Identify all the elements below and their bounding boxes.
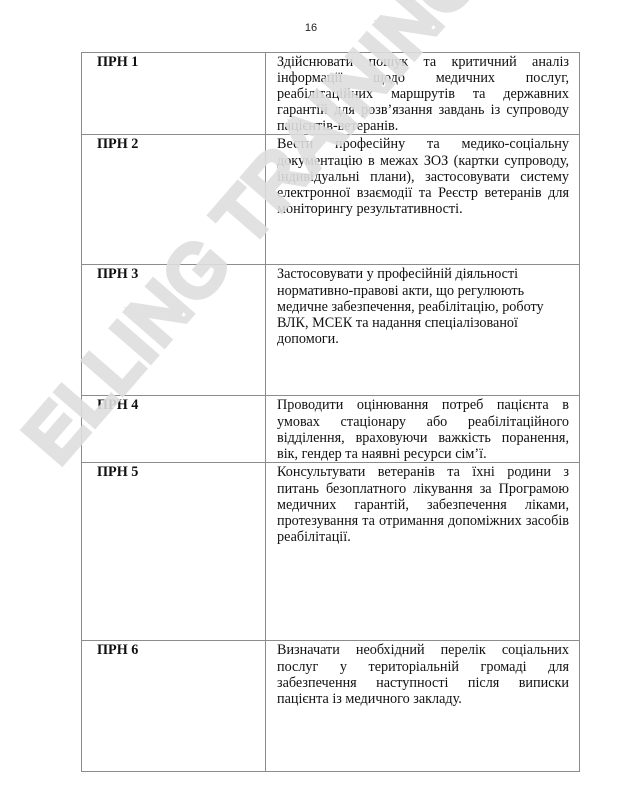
outcome-description: Вести професійну та медико-соціальну док… <box>266 135 580 265</box>
table-row: ПРН 5 Консультувати ветеранів та їхні ро… <box>82 463 580 641</box>
table-row: ПРН 6 Визначати необхідний перелік соціа… <box>82 641 580 772</box>
outcome-code: ПРН 2 <box>82 135 266 265</box>
page-number: 16 <box>0 22 618 34</box>
table-row: ПРН 1 Здійснювати пошук та критичний ана… <box>82 53 580 135</box>
outcome-code: ПРН 4 <box>82 396 266 463</box>
outcome-code: ПРН 1 <box>82 53 266 135</box>
table-row: ПРН 3 Застосовувати у професійній діяльн… <box>82 265 580 396</box>
outcome-description: Консультувати ветеранів та їхні родини з… <box>266 463 580 641</box>
outcome-code: ПРН 6 <box>82 641 266 772</box>
outcome-description: Визначати необхідний перелік соціальних … <box>266 641 580 772</box>
outcome-description: Застосовувати у професійній діяльності н… <box>266 265 580 396</box>
table-row: ПРН 4 Проводити оцінювання потреб пацієн… <box>82 396 580 463</box>
outcome-description: Здійснювати пошук та критичний аналіз ін… <box>266 53 580 135</box>
outcome-code: ПРН 5 <box>82 463 266 641</box>
learning-outcomes-table: ПРН 1 Здійснювати пошук та критичний ана… <box>81 52 580 772</box>
outcome-code: ПРН 3 <box>82 265 266 396</box>
outcome-description: Проводити оцінювання потреб пацієнта в у… <box>266 396 580 463</box>
table-row: ПРН 2 Вести професійну та медико-соціаль… <box>82 135 580 265</box>
